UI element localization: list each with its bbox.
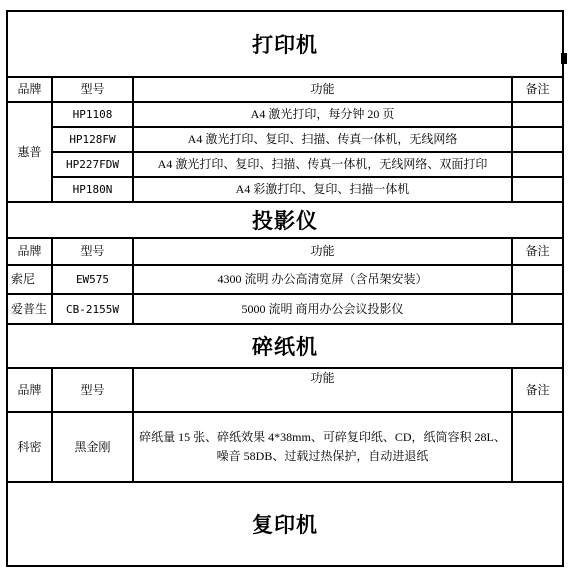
- table-row: HP1108 A4 激光打印，每分钟 20 页: [53, 103, 562, 128]
- printer-header-note[interactable]: 备注: [513, 78, 562, 101]
- printer-header-row: 品牌 型号 功能 备注: [8, 78, 562, 103]
- section-title-row-printer[interactable]: 打印机: [8, 12, 562, 78]
- note-cell[interactable]: [513, 266, 562, 293]
- right-edge-selection-marker: [561, 53, 567, 64]
- feature-cell[interactable]: A4 激光打印，每分钟 20 页: [134, 103, 513, 126]
- shredder-header-row: 品牌 型号 功能 备注: [8, 369, 562, 413]
- projector-header-model[interactable]: 型号: [53, 239, 134, 264]
- model-cell[interactable]: CB-2155W: [53, 295, 134, 323]
- shredder-section-title: 碎纸机: [252, 331, 318, 361]
- brand-cell[interactable]: 爱普生: [8, 295, 53, 323]
- table-row: HP128FW A4 激光打印、复印、扫描、传真一体机，无线网络: [53, 128, 562, 153]
- feature-cell[interactable]: 5000 流明 商用办公会议投影仪: [134, 295, 513, 323]
- equipment-table: 打印机 品牌 型号 功能 备注 惠普 HP1108 A4 激光打印，每分钟 20…: [6, 10, 564, 567]
- feature-cell[interactable]: A4 彩激打印、复印、扫描一体机: [134, 178, 513, 201]
- shredder-header-brand[interactable]: 品牌: [8, 369, 53, 411]
- projector-section-title: 投影仪: [252, 205, 318, 235]
- feature-cell[interactable]: A4 激光打印、复印、扫描、传真一体机，无线网络: [134, 128, 513, 151]
- table-row: 爱普生 CB-2155W 5000 流明 商用办公会议投影仪: [8, 295, 562, 325]
- brand-cell[interactable]: 索尼: [8, 266, 53, 293]
- projector-header-row: 品牌 型号 功能 备注: [8, 239, 562, 266]
- printer-header-model[interactable]: 型号: [53, 78, 134, 101]
- projector-header-note[interactable]: 备注: [513, 239, 562, 264]
- section-title-row-projector[interactable]: 投影仪: [8, 203, 562, 239]
- model-cell[interactable]: HP128FW: [53, 128, 134, 151]
- model-cell[interactable]: HP227FDW: [53, 153, 134, 176]
- printer-body-rows: 惠普 HP1108 A4 激光打印，每分钟 20 页 HP128FW A4 激光…: [8, 103, 562, 203]
- feature-cell[interactable]: 碎纸量 15 张、碎纸效果 4*38mm、可碎复印纸、CD，纸筒容积 28L、噪…: [134, 413, 513, 481]
- shredder-header-note[interactable]: 备注: [513, 369, 562, 411]
- table-row: 科密 黑金刚 碎纸量 15 张、碎纸效果 4*38mm、可碎复印纸、CD，纸筒容…: [8, 413, 562, 483]
- feature-cell[interactable]: 4300 流明 办公高清宽屏（含吊架安装）: [134, 266, 513, 293]
- printer-header-brand[interactable]: 品牌: [8, 78, 53, 101]
- table-row: HP180N A4 彩激打印、复印、扫描一体机: [53, 178, 562, 201]
- section-title-row-shredder[interactable]: 碎纸机: [8, 325, 562, 369]
- projector-header-brand[interactable]: 品牌: [8, 239, 53, 264]
- note-cell[interactable]: [513, 128, 562, 151]
- model-cell[interactable]: EW575: [53, 266, 134, 293]
- spreadsheet-page: 打印机 品牌 型号 功能 备注 惠普 HP1108 A4 激光打印，每分钟 20…: [0, 0, 569, 568]
- note-cell[interactable]: [513, 178, 562, 201]
- note-cell[interactable]: [513, 413, 562, 481]
- printer-header-feature[interactable]: 功能: [134, 78, 513, 101]
- table-row: 索尼 EW575 4300 流明 办公高清宽屏（含吊架安装）: [8, 266, 562, 295]
- copier-section-title: 复印机: [252, 509, 318, 539]
- table-row: HP227FDW A4 激光打印、复印、扫描、传真一体机，无线网络、双面打印: [53, 153, 562, 178]
- model-cell[interactable]: 黑金刚: [53, 413, 134, 481]
- model-cell[interactable]: HP1108: [53, 103, 134, 126]
- printer-section-title: 打印机: [252, 29, 318, 59]
- feature-cell[interactable]: A4 激光打印、复印、扫描、传真一体机，无线网络、双面打印: [134, 153, 513, 176]
- brand-cell[interactable]: 科密: [8, 413, 53, 481]
- shredder-header-model[interactable]: 型号: [53, 369, 134, 411]
- printer-brand-cell[interactable]: 惠普: [8, 103, 53, 201]
- note-cell[interactable]: [513, 153, 562, 176]
- note-cell[interactable]: [513, 103, 562, 126]
- note-cell[interactable]: [513, 295, 562, 323]
- model-cell[interactable]: HP180N: [53, 178, 134, 201]
- section-title-row-copier[interactable]: 复印机: [8, 483, 562, 565]
- shredder-header-feature[interactable]: 功能: [134, 369, 513, 411]
- projector-header-feature[interactable]: 功能: [134, 239, 513, 264]
